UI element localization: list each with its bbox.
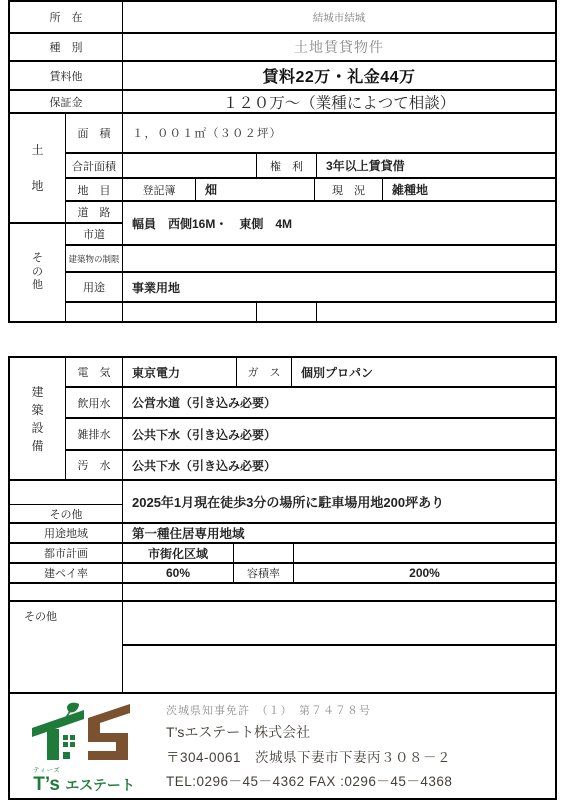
rent-label: 賃料他: [10, 60, 122, 89]
gray-water-value: 公共下水（引き込み必要）: [122, 417, 555, 449]
city-planning-value: 市街化区域: [123, 544, 233, 562]
coverage-ratio-label: 建ペイ率: [10, 562, 122, 582]
remarks-value-2: [122, 644, 555, 692]
company-logo-wordmark: ティーズ T’s エステート: [33, 768, 135, 794]
floor-area-ratio-value: 200%: [293, 564, 555, 582]
category-label: 種 別: [10, 32, 122, 60]
electric-row: 東京電力 ガ ス 個別プロパン: [122, 358, 555, 386]
total-area-label: 合計面積: [65, 152, 122, 177]
use-label: 用途: [65, 271, 122, 301]
rent-value: 賃料22万・礼金44万: [122, 60, 555, 89]
electric-label: 電 気: [65, 358, 122, 386]
gas-value: 個別プロパン: [291, 358, 555, 386]
current-state-label: 現 況: [314, 179, 382, 200]
building-restriction-label: 建築物の制限: [65, 244, 122, 271]
registry-label: 登記簿: [123, 179, 195, 200]
empty-cell-2: [256, 303, 316, 321]
zoning-value: 第一種住居専用地域: [122, 522, 555, 542]
use-value: 事業用地: [122, 271, 555, 301]
property-summary-table: 所 在 結城市結城 種 別 土地賃貸物件 賃料他 賃料22万・礼金44万 保証金…: [8, 0, 557, 323]
company-name: T’sエステート株式会社: [166, 722, 555, 742]
remarks-label: その他: [10, 600, 122, 692]
category-value: 土地賃貸物件: [122, 32, 555, 60]
road-value: 幅員 西側16M・ 東側 4M: [122, 200, 555, 244]
gas-label: ガ ス: [236, 358, 291, 386]
area-label: 面 積: [65, 112, 122, 152]
city-planning-empty-1: [233, 544, 293, 562]
coverage-ratio-value: 60%: [123, 564, 233, 582]
drinking-water-label: 飲用水: [65, 386, 122, 417]
company-address: 〒304-0061 茨城県下妻市下妻丙３０８－２: [166, 746, 555, 766]
other-note-value: 2025年1月現在徒歩3分の場所に駐車場用地200坪あり: [122, 479, 555, 522]
facilities-table: 建 築 設 備 電 気 東京電力 ガ ス 個別プロパン 飲用水 公営水道（引き込…: [10, 358, 555, 692]
spacer-row-label: [10, 582, 122, 600]
logo-ts-text: T’s: [33, 775, 60, 794]
zoning-label: 用途地域: [10, 522, 122, 542]
company-info: 茨城県知事免許 （１） 第７４７８号 T’sエステート株式会社 〒304-006…: [158, 694, 555, 798]
group-label-land: 土 地: [10, 112, 65, 222]
sewage-label: 汚 水: [65, 449, 122, 479]
floor-area-ratio-label: 容積率: [233, 564, 293, 582]
facilities-table-block: 建 築 設 備 電 気 東京電力 ガ ス 個別プロパン 飲用水 公営水道（引き込…: [8, 356, 557, 800]
coverage-ratio-row: 60% 容積率 200%: [122, 562, 555, 582]
company-tel-fax: TEL:0296－45－4362 FAX :0296－45－4368: [166, 770, 555, 790]
group-label-facilities: 建 築 設 備: [10, 358, 65, 479]
deposit-label: 保証金: [10, 89, 122, 112]
city-planning-row: 市街化区域: [122, 542, 555, 562]
empty-row: [122, 301, 555, 321]
location-value: 結城市結城: [122, 2, 555, 32]
building-restriction-value: [122, 244, 555, 271]
empty-cell-3: [316, 303, 555, 321]
road-label: 道 路: [65, 200, 122, 222]
logo-estate-text: エステート: [65, 777, 135, 794]
company-logo: ティーズ T’s エステート: [10, 694, 158, 798]
company-footer: ティーズ T’s エステート 茨城県知事免許 （１） 第７４７８号 T’sエステ…: [10, 692, 555, 798]
spacer-row-value: [122, 582, 555, 600]
area-value: １，００１㎡（３０２坪）: [122, 112, 555, 152]
total-area-row: 権 利 3年以上賃貸借: [122, 152, 555, 177]
location-label: 所 在: [10, 2, 122, 32]
other-note-label: その他: [10, 504, 122, 522]
city-planning-label: 都市計画: [10, 542, 122, 562]
sewage-value: 公共下水（引き込み必要）: [122, 449, 555, 479]
rights-label: 権 利: [256, 154, 316, 177]
electric-value: 東京電力: [123, 358, 236, 386]
registry-value: 畑: [195, 179, 314, 200]
deposit-value: １２０万～（業種によつて相談）: [122, 89, 555, 112]
group-label-other: そ の 他: [10, 222, 65, 321]
other-note-spacer: [10, 479, 122, 504]
land-category-row: 登記簿 畑 現 況 雑種地: [122, 177, 555, 200]
gray-water-label: 雑排水: [65, 417, 122, 449]
city-planning-empty-2: [293, 544, 555, 562]
remarks-value-1: [122, 600, 555, 644]
city-road-label: 市道: [65, 222, 122, 244]
total-area-value-empty: [123, 154, 256, 177]
company-logo-emblem-icon: [32, 702, 136, 766]
drinking-water-value: 公営水道（引き込み必要）: [122, 386, 555, 417]
license-number: 茨城県知事免許 （１） 第７４７８号: [166, 702, 555, 718]
current-state-value: 雑種地: [382, 179, 555, 200]
land-category-label: 地 目: [65, 177, 122, 200]
rights-value: 3年以上賃貸借: [316, 154, 555, 177]
empty-cell-1: [123, 303, 256, 321]
empty-row-label: [65, 301, 122, 321]
